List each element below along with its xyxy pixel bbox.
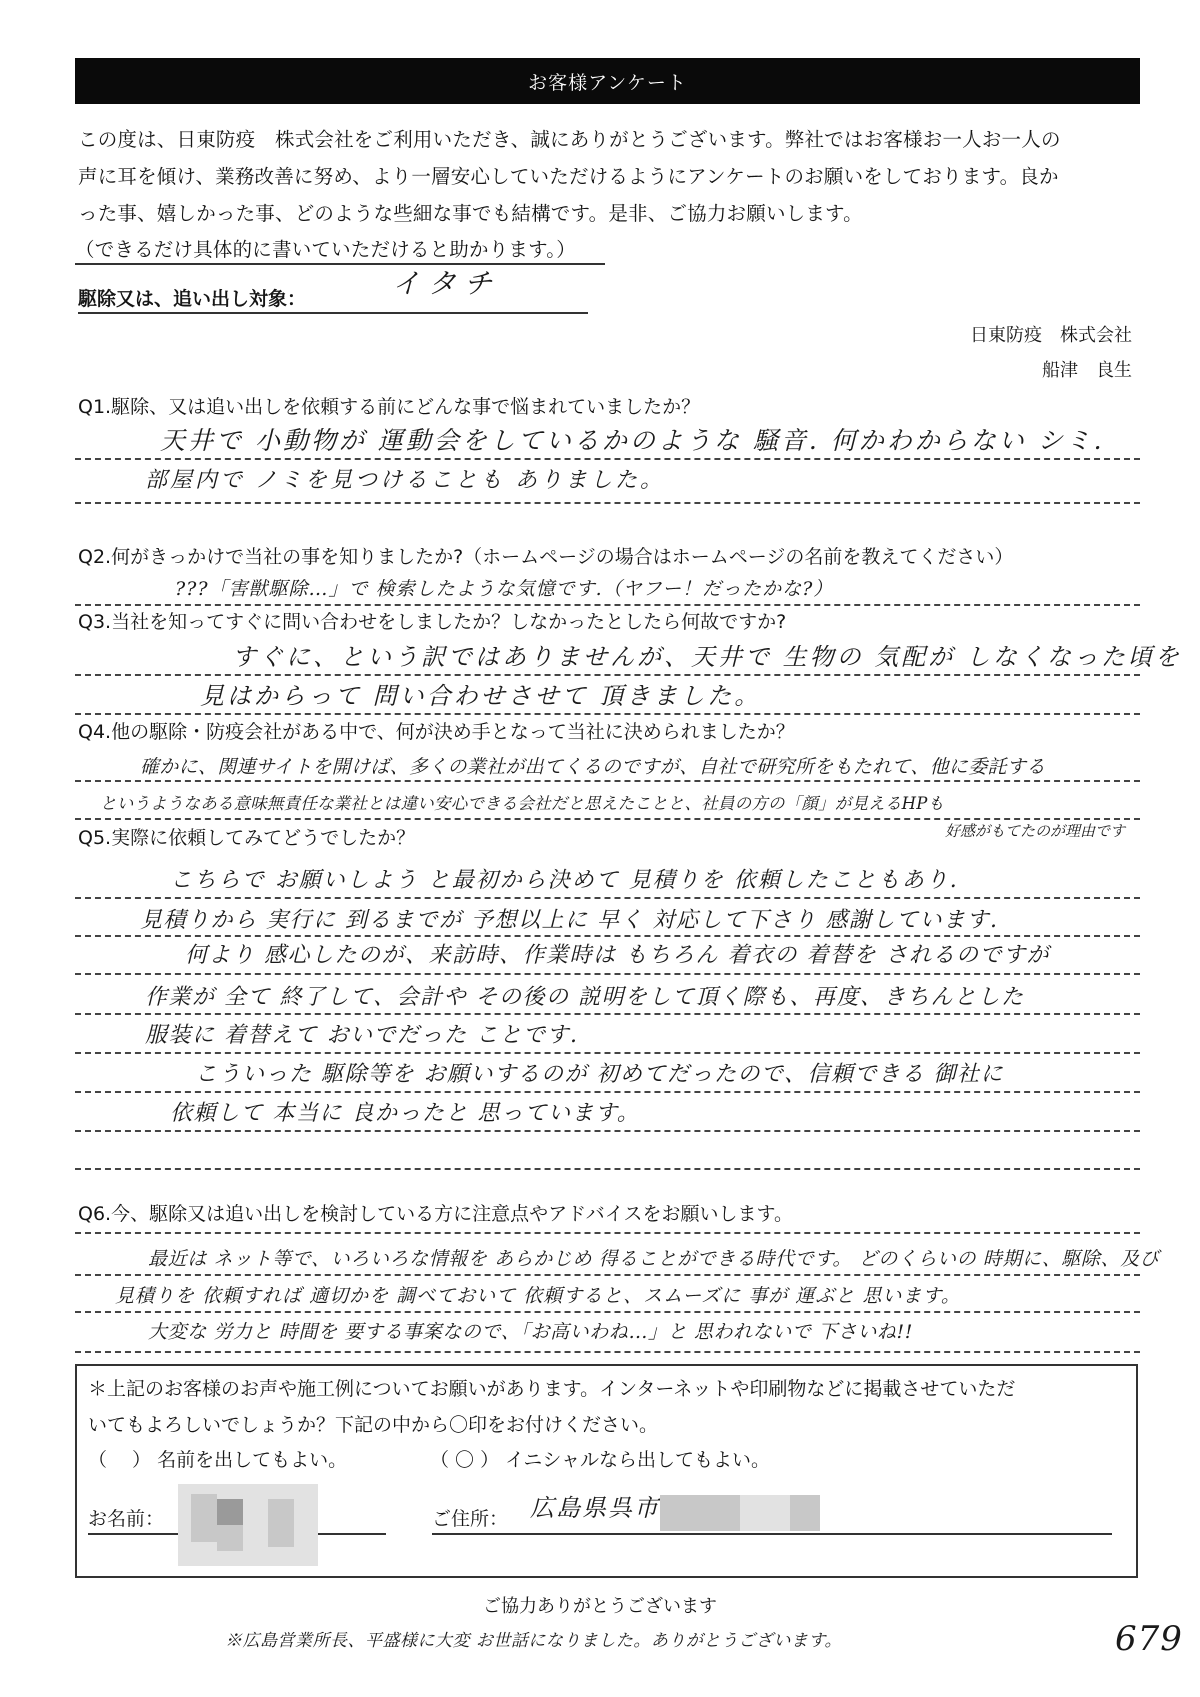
answer-line [75, 1351, 1140, 1353]
answer-line [75, 1052, 1140, 1054]
survey-title: お客様アンケート [528, 68, 687, 95]
answer-line [75, 1091, 1140, 1093]
footer-note: ※広島営業所長、平盛様に大変 お世話になりました。ありがとうございます。 [225, 1633, 842, 1650]
answer-line [75, 1130, 1140, 1132]
page-number: 679 [1115, 1622, 1183, 1656]
answer-q2-line-1: ???「害獣駆除…」で 検索したような気憶です.（ヤフー！だったかな?） [175, 580, 833, 599]
consent-text-line-1: ＊上記のお客様のお声や施工例についてお願いがあります。インターネットや印刷物など… [88, 1380, 1015, 1399]
answer-q6-line-1: 最近は ネット等で、いろいろな情報を あらかじめ 得ることができる時代です。 ど… [148, 1250, 1159, 1269]
answer-line [75, 458, 1140, 460]
survey-title-bar: お客様アンケート [75, 58, 1140, 104]
answer-q6-line-3: 大変な 労力と 時間を 要する事案なので、「お高いわね…」と 思われないで 下さ… [148, 1323, 913, 1342]
option-name-checkbox[interactable]: （ ） [88, 1449, 151, 1471]
answer-q5-line-7: 依頼して 本当に 良かったと 思っています。 [170, 1103, 640, 1125]
address-field-line [432, 1533, 1112, 1535]
answer-line [75, 604, 1140, 606]
footer-thanks: ご協力ありがとうございます [0, 1598, 1200, 1616]
answer-q6-line-2: 見積りを 依頼すれば 適切かを 調べておいて 依頼すると、スムーズに 事が 運ぶ… [115, 1287, 961, 1306]
answer-q4-line-3: 好感がもてたのが理由です [945, 824, 1125, 839]
answer-line [75, 1168, 1140, 1170]
answer-line [75, 674, 1140, 676]
answer-q1-line-2: 部屋内で ノミを見つけることも ありました。 [145, 470, 665, 492]
answer-line [75, 897, 1140, 899]
answer-line [75, 1232, 1140, 1234]
name-label: お名前： [88, 1510, 164, 1529]
name-field-redacted[interactable] [178, 1484, 318, 1566]
answer-line [75, 818, 1140, 820]
question-q1: Q1.駆除、又は追い出しを依頼する前にどんな事で悩まれていましたか？ [78, 398, 700, 417]
answer-q5-line-2: 見積りから 実行に 到るまでが 予想以上に 早く 対応して下さり 感謝しています… [140, 910, 998, 932]
answer-q5-line-5: 服装に 着替えて おいでだった ことです. [145, 1025, 578, 1047]
question-q6: Q6.今、駆除又は追い出しを検討している方に注意点やアドバイスをお願いします。 [78, 1205, 793, 1224]
address-label: ご住所： [432, 1510, 508, 1529]
option-name-label: 名前を出してもよい。 [157, 1449, 347, 1471]
answer-line [75, 713, 1140, 715]
question-q4: Q4.他の駆除・防疫会社がある中で、何が決め手となって当社に決められましたか？ [78, 723, 795, 742]
address-field-redacted[interactable] [660, 1495, 820, 1531]
answer-line [75, 935, 1140, 937]
answer-q3-line-2: 見はからって 問い合わせさせて 頂きました。 [200, 684, 761, 708]
intro-line-3: った事、嬉しかった事、どのような些細な事でも結構です。是非、ご協力お願いします。 [78, 204, 863, 224]
answer-q4-line-1: 確かに、関連サイトを開けば、多くの業社が出てくるのですが、自社で研究所をもたれて… [140, 758, 1045, 777]
intro-note: （できるだけ具体的に書いていただけると助かります。） [75, 240, 605, 265]
answer-line [75, 1311, 1140, 1313]
target-field: 駆除又は、追い出し対象： [78, 290, 588, 314]
company-name: 日東防疫 株式会社 [970, 327, 1132, 345]
answer-line [75, 1013, 1140, 1015]
option-initial-checkbox[interactable]: （ 〇 ） [430, 1449, 499, 1471]
answer-q5-line-4: 作業が 全て 終了して、会計や その後の 説明をして頂く際も、再度、きちんとした [145, 987, 1025, 1009]
consent-text-line-2: いてもよろしいでしょうか？下記の中から〇印をお付けください。 [88, 1416, 658, 1435]
question-q3: Q3.当社を知ってすぐに問い合わせをしましたか？しなかったとしたら何故ですか? [78, 613, 786, 632]
consent-option-initial[interactable]: （ 〇 ） イニシャルなら出してもよい。 [430, 1451, 770, 1470]
answer-q5-line-1: こちらで お願いしよう と最初から決めて 見積りを 依頼したこともあり. [170, 870, 959, 892]
answer-q5-line-6: こういった 駆除等を お願いするのが 初めてだったので、信頼できる 御社に [195, 1064, 1004, 1086]
target-value: イタチ [392, 270, 500, 298]
answer-q1-line-1: 天井で 小動物が 運動会をしているかのような 騒音. 何かわからない シミ. [160, 428, 1105, 453]
answer-line [75, 973, 1140, 975]
target-label: 駆除又は、追い出し対象： [78, 288, 306, 310]
answer-q4-line-2: というようなある意味無責任な業社とは違い安心できる会社だと思えたことと、社員の方… [100, 796, 944, 813]
answer-q5-line-3: 何より 感心したのが、来訪時、作業時は もちろん 着衣の 着替を されるのですが [185, 945, 1050, 967]
question-q5: Q5.実際に依頼してみてどうでしたか？ [78, 829, 415, 848]
intro-line-2: 声に耳を傾け、業務改善に努め、より一層安心していただけるようにアンケートのお願い… [78, 167, 1059, 187]
answer-line [75, 1274, 1140, 1276]
address-value: 広島県呉市 [530, 1496, 660, 1520]
answer-line [75, 780, 1140, 782]
answer-q3-line-1: すぐに、という訳ではありませんが、天井で 生物の 気配が しなくなった頃を [232, 645, 1182, 669]
intro-line-1: この度は、日東防疫 株式会社をご利用いただき、誠にありがとうございます。弊社では… [78, 130, 1061, 150]
question-q2: Q2.何がきっかけで当社の事を知りましたか?（ホームページの場合はホームページの… [78, 548, 1013, 567]
option-initial-label: イニシャルなら出してもよい。 [505, 1449, 770, 1471]
answer-line [75, 502, 1140, 504]
consent-option-name[interactable]: （ ） 名前を出してもよい。 [88, 1451, 347, 1470]
company-person: 船津 良生 [1042, 362, 1132, 380]
